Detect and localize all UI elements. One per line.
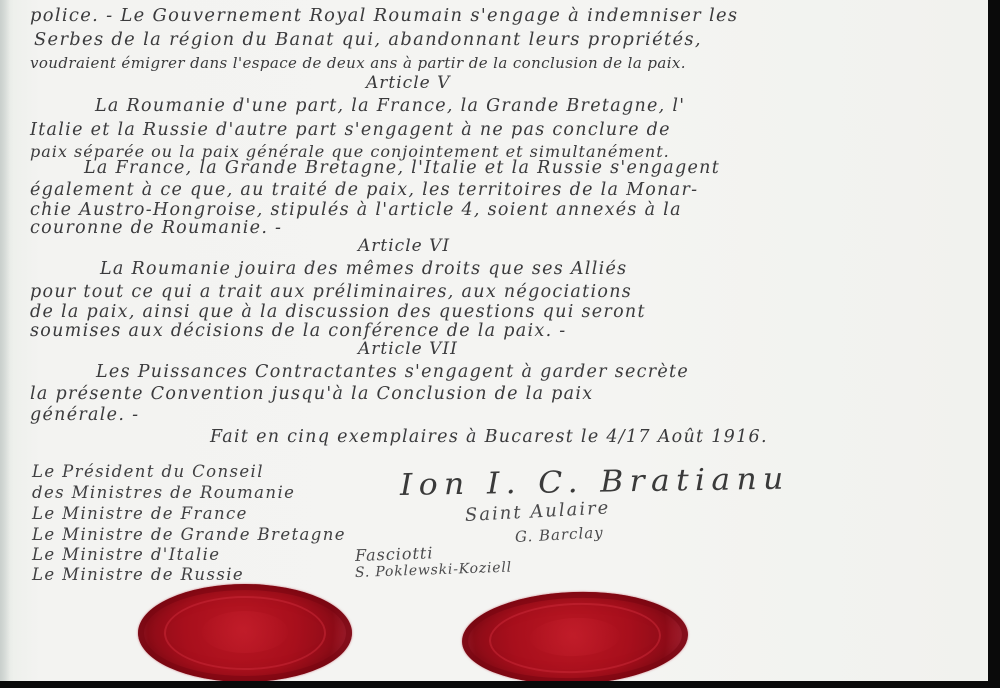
text-line: La Roumanie jouira des mêmes droits que … (100, 259, 627, 279)
text-line: générale. - (30, 405, 139, 425)
text-line: police. - Le Gouvernement Royal Roumain … (30, 6, 738, 26)
text-line: couronne de Roumanie. - (30, 218, 282, 238)
text-line: également à ce que, au traité de paix, l… (30, 180, 698, 200)
wax-seal-right (460, 588, 689, 681)
signatory-title: Le Ministre de Russie (32, 565, 244, 584)
text-line: Serbes de la région du Banat qui, abando… (34, 30, 702, 50)
signatory-title: des Ministres de Roumanie (32, 483, 295, 502)
text-line: pour tout ce qui a trait aux préliminair… (30, 282, 632, 302)
text-line: soumises aux décisions de la conférence … (30, 321, 567, 341)
scanned-document-page: police. - Le Gouvernement Royal Roumain … (0, 0, 988, 681)
article-heading: Article V (366, 73, 450, 93)
article-heading: Article VII (358, 339, 458, 359)
signatory-title: Le Ministre de France (32, 504, 248, 523)
signatory-title: Le Ministre d'Italie (32, 545, 220, 564)
signature-barclay: G. Barclay (515, 523, 605, 546)
wax-seal-left (138, 584, 352, 681)
text-line: Italie et la Russie d'autre part s'engag… (30, 120, 671, 140)
text-line: Les Puissances Contractantes s'engagent … (96, 362, 689, 382)
article-heading: Article VI (358, 236, 450, 256)
text-line: La France, la Grande Bretagne, l'Italie … (84, 158, 720, 178)
signatory-title: Le Ministre de Grande Bretagne (32, 525, 346, 544)
signature-saint-aulaire: Saint Aulaire (464, 497, 610, 526)
seal-emboss (202, 611, 288, 652)
text-line: voudraient émigrer dans l'espace de deux… (30, 54, 686, 72)
text-line: chie Austro-Hongroise, stipulés à l'arti… (30, 200, 682, 220)
text-line: de la paix, ainsi que à la discussion de… (30, 302, 646, 322)
closing-line: Fait en cinq exemplaires à Bucarest le 4… (210, 427, 768, 447)
signatory-title: Le Président du Conseil (32, 462, 264, 481)
text-line: La Roumanie d'une part, la France, la Gr… (95, 96, 685, 116)
text-line: la présente Convention jusqu'à la Conclu… (30, 384, 593, 404)
signature-bratianu: Ion I. C. Bratianu (400, 462, 790, 503)
